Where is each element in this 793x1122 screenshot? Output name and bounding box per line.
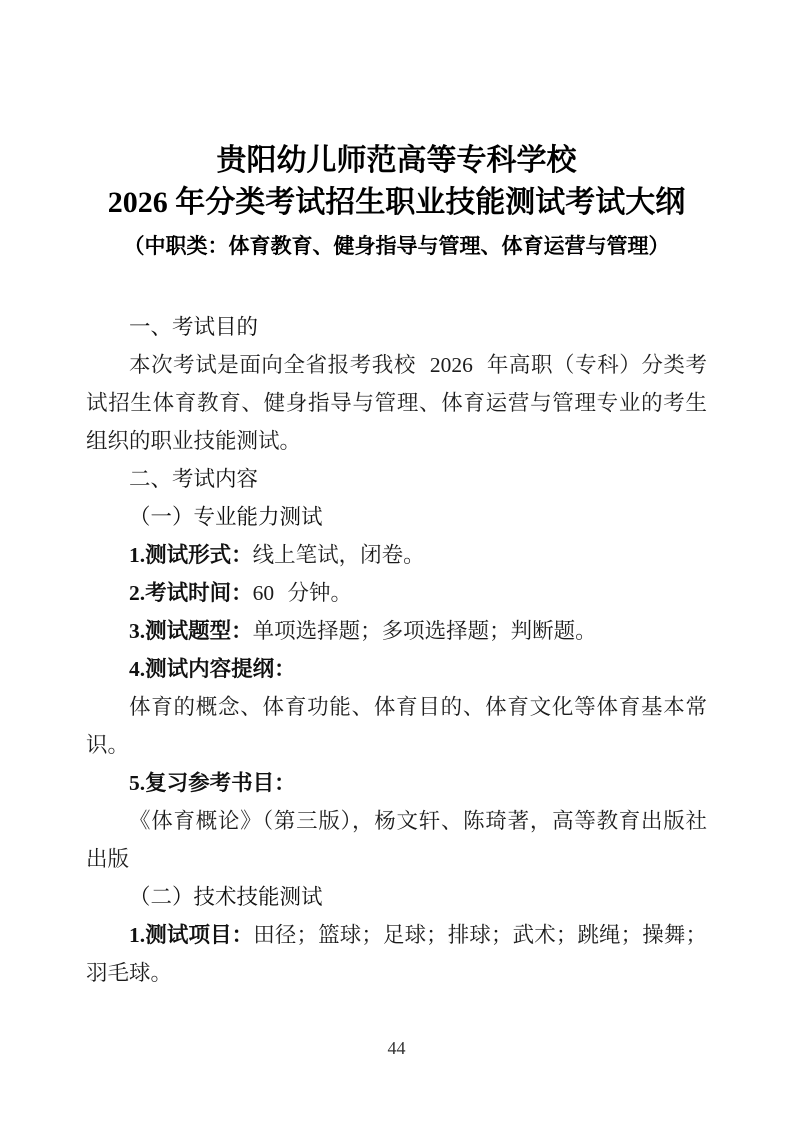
title-line-3: （中职类：体育教育、健身指导与管理、体育运营与管理） bbox=[86, 230, 707, 262]
document-title: 贵阳幼儿师范高等专科学校 2026 年分类考试招生职业技能测试考试大纲 （中职类… bbox=[86, 140, 707, 262]
section-heading: 二、考试内容 bbox=[86, 460, 707, 498]
paragraph: 1.测试项目：田径；篮球；足球；排球；武术；跳绳；操舞；羽毛球。 bbox=[86, 916, 707, 992]
paragraph-label: 1.测试形式： bbox=[129, 543, 253, 567]
text-run: 《体育概论》（第三版），杨文轩、陈琦著，高等教育出版社出版 bbox=[86, 809, 707, 871]
text-run: 一、考试目的 bbox=[129, 315, 258, 339]
paragraph: 3.测试题型：单项选择题；多项选择题；判断题。 bbox=[86, 612, 707, 650]
paragraph-label: 2.考试时间： bbox=[129, 581, 253, 605]
paragraph: 2.考试时间：60 分钟。 bbox=[86, 574, 707, 612]
document-page: 贵阳幼儿师范高等专科学校 2026 年分类考试招生职业技能测试考试大纲 （中职类… bbox=[0, 0, 793, 1122]
paragraph: 本次考试是面向全省报考我校 2026 年高职（专科）分类考试招生体育教育、健身指… bbox=[86, 346, 707, 460]
section-heading: 一、考试目的 bbox=[86, 308, 707, 346]
subsection-heading: （二）技术技能测试 bbox=[86, 878, 707, 916]
title-line-2: 2026 年分类考试招生职业技能测试考试大纲 bbox=[86, 182, 707, 224]
paragraph: 1.测试形式：线上笔试，闭卷。 bbox=[86, 536, 707, 574]
paragraph-label: 4.测试内容提纲： bbox=[129, 657, 296, 681]
paragraph: 4.测试内容提纲： bbox=[86, 650, 707, 688]
text-run: （二）技术技能测试 bbox=[129, 885, 323, 909]
paragraph-label: 3.测试题型： bbox=[129, 619, 253, 643]
paragraph: 体育的概念、体育功能、体育目的、体育文化等体育基本常识。 bbox=[86, 688, 707, 764]
title-line-1: 贵阳幼儿师范高等专科学校 bbox=[86, 140, 707, 182]
paragraph: 《体育概论》（第三版），杨文轩、陈琦著，高等教育出版社出版 bbox=[86, 802, 707, 878]
paragraph-label: 1.测试项目： bbox=[129, 923, 253, 947]
paragraph-text: 线上笔试，闭卷。 bbox=[253, 543, 425, 567]
document-body: 一、考试目的本次考试是面向全省报考我校 2026 年高职（专科）分类考试招生体育… bbox=[86, 308, 707, 992]
paragraph-text: 单项选择题；多项选择题；判断题。 bbox=[253, 619, 597, 643]
paragraph-text: 60 分钟。 bbox=[253, 581, 352, 605]
page-number: 44 bbox=[0, 1036, 793, 1060]
text-run: 二、考试内容 bbox=[129, 467, 258, 491]
paragraph: 5.复习参考书目： bbox=[86, 764, 707, 802]
paragraph-label: 5.复习参考书目： bbox=[129, 771, 296, 795]
subsection-heading: （一）专业能力测试 bbox=[86, 498, 707, 536]
text-run: （一）专业能力测试 bbox=[129, 505, 323, 529]
text-run: 体育的概念、体育功能、体育目的、体育文化等体育基本常识。 bbox=[86, 695, 707, 757]
text-run: 本次考试是面向全省报考我校 2026 年高职（专科）分类考试招生体育教育、健身指… bbox=[86, 353, 707, 453]
